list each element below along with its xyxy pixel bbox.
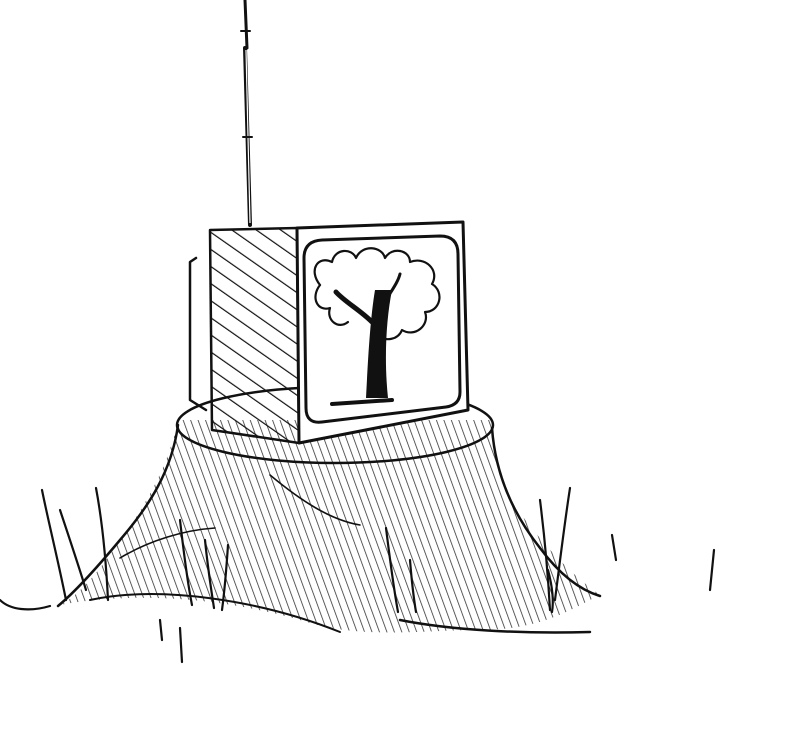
television <box>190 222 468 443</box>
illustration <box>0 0 800 753</box>
antenna <box>241 0 252 225</box>
